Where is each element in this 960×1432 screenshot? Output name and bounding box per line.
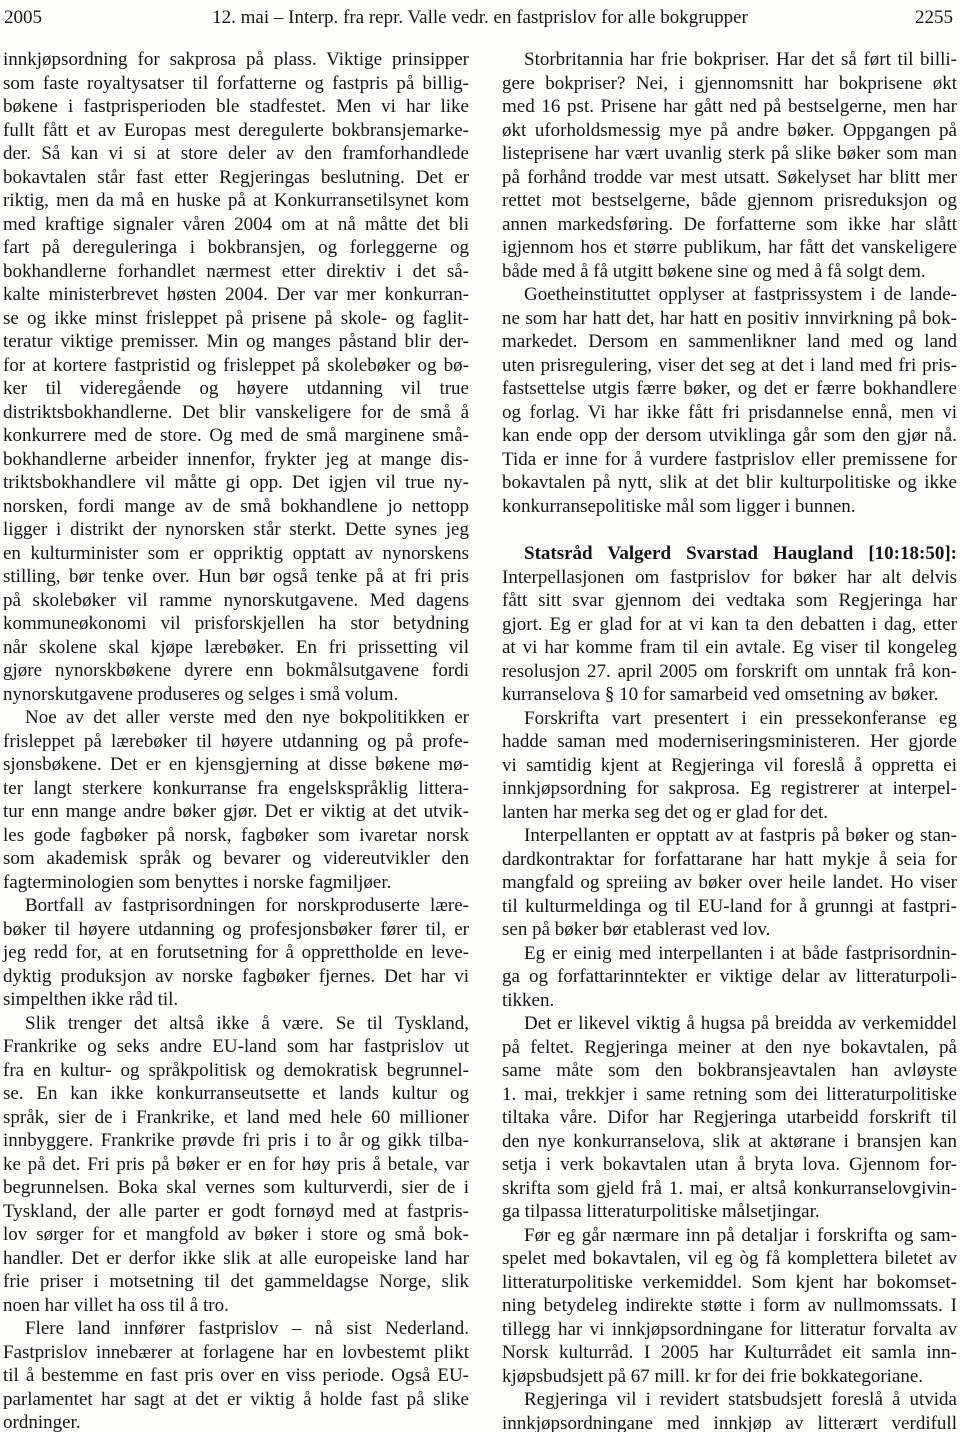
text-line: Det er likevel viktig å hugsa på breidda… <box>502 1012 957 1036</box>
text-line: les gode fagbøker på norsk, fagbøker som… <box>3 824 469 848</box>
text-line: tiltaka våre. Difor har Regjeringa utarb… <box>502 1106 957 1130</box>
text-line: gjort. Eg er glad for at vi kan ta den d… <box>502 613 957 637</box>
text-line: same måte som den bokbransjeavtalen han … <box>502 1059 957 1083</box>
text-line: vi samtidig kjent at Regjeringa vil fore… <box>502 754 957 778</box>
paragraph: Regjeringa vil i revidert statsbudsjett … <box>502 1388 957 1432</box>
text-line: Bortfall av fastprisordningen for norskp… <box>3 894 469 918</box>
document-page: 2005 12. mai – Interp. fra repr. Valle v… <box>0 0 960 1432</box>
text-line: ga tilpassa litteraturpolitiske målsetji… <box>502 1200 957 1224</box>
text-line: igjennom hos et større publikum, har fåt… <box>502 236 957 260</box>
text-line: markedet. Dersom en sammenlikner land me… <box>502 330 957 354</box>
text-line: bøker til høyere utdanning og profesjons… <box>3 918 469 942</box>
text-line: når skolene skal kjøpe lærebøker. En fri… <box>3 636 469 660</box>
text-line: ordninger. <box>3 1411 469 1432</box>
text-line: simpelthen ikke råd til. <box>3 988 469 1012</box>
text-line: Interpellanten er opptatt av at fastpris… <box>502 824 957 848</box>
text-line: økt uforholdsmessig mye på andre bøker. … <box>502 119 957 143</box>
column-right: Storbritannia har frie bokpriser. Har de… <box>502 48 957 1432</box>
text-line: skrifta som gjeld frå 1. mai, er altså k… <box>502 1177 957 1201</box>
text-line: uten prisregulering, viser det seg at de… <box>502 354 957 378</box>
speaker-heading-line: Statsråd Valgerd Svarstad Haugland [10:1… <box>502 542 957 566</box>
text-line: riktig, men da må en huske på at Konkurr… <box>3 189 469 213</box>
text-line: distriktsbokhandlerne. Det blir vanskeli… <box>3 401 469 425</box>
text-line: ning betydeleg indirekte støtte i form a… <box>502 1294 957 1318</box>
text-line: Frankrike og seks andre EU-land som har … <box>3 1035 469 1059</box>
text-line: kan ende opp der dersom utviklinga går s… <box>502 424 957 448</box>
text-line: bokhandlerne arbeider innenfor, frykter … <box>3 448 469 472</box>
header-title: 12. mai – Interp. fra repr. Valle vedr. … <box>0 7 960 29</box>
paragraph: Slik trenger det altså ikke å være. Se t… <box>3 1012 469 1318</box>
text-line: ga og forfattarinntekter er viktige dela… <box>502 965 957 989</box>
paragraph: Interpellanten er opptatt av at fastpris… <box>502 824 957 942</box>
text-line: Slik trenger det altså ikke å være. Se t… <box>3 1012 469 1036</box>
text-line: både med å få utgitt bøkene sine og med … <box>502 260 957 284</box>
paragraph: Forskrifta vart presentert i ein pressek… <box>502 707 957 825</box>
text-line: Storbritannia har frie bokpriser. Har de… <box>502 48 957 72</box>
paragraph: Før eg går nærmare inn på detaljar i for… <box>502 1224 957 1389</box>
text-line: konkurransepolitiske mål som ligger i bu… <box>502 495 957 519</box>
text-line: se og ikke minst frisleppet på prisene p… <box>3 307 469 331</box>
text-line: som akademisk språk og bevarer og videre… <box>3 847 469 871</box>
text-line: Før eg går nærmare inn på detaljar i for… <box>502 1224 957 1248</box>
speech-paragraph: Statsråd Valgerd Svarstad Haugland [10:1… <box>502 542 957 707</box>
text-line: innkjøpsordningane med innkjøp av litter… <box>502 1412 957 1432</box>
paragraph: Storbritannia har frie bokpriser. Har de… <box>502 48 957 283</box>
text-line: Noe av det aller verste med den nye bokp… <box>3 706 469 730</box>
text-line: Forskrifta vart presentert i ein pressek… <box>502 707 957 731</box>
text-line: gjøre nynorskbøkene dyrere enn bokmålsut… <box>3 659 469 683</box>
text-columns: innkjøpsordning for sakprosa på plass. V… <box>0 48 960 1432</box>
text-line: rettet mot bestselgerne, både gjennom pr… <box>502 189 957 213</box>
paragraph: Flere land innfører fastprislov – nå sis… <box>3 1317 469 1432</box>
text-line: ter langt sterkere konkurranse fra engel… <box>3 777 469 801</box>
text-line: med 16 pst. Prisene har gått ned på best… <box>502 95 957 119</box>
text-line: innkjøpsordning for sakprosa på plass. V… <box>3 48 469 72</box>
paragraph: Goetheinstituttet opplyser at fastprissy… <box>502 283 957 518</box>
text-line: Regjeringa vil i revidert statsbudsjett … <box>502 1388 957 1412</box>
text-line: fart på dereguleringa i bokbransjen, og … <box>3 236 469 260</box>
text-line: fullt fått et av Europas mest deregulert… <box>3 119 469 143</box>
text-line: bokavtalen på nytt, slik at det blir kul… <box>502 471 957 495</box>
text-line: bøkene i fastprisperioden ble stadfestet… <box>3 95 469 119</box>
text-line: Norsk kulturråd. I 2005 har Kulturrådet … <box>502 1341 957 1365</box>
text-line: annen markedsføring. De forfatterne som … <box>502 213 957 237</box>
text-line: for at kortere fastpristid og frisleppet… <box>3 354 469 378</box>
text-line: Tyskland, der alle parter er godt fornøy… <box>3 1200 469 1224</box>
text-line: ligger i distrikt der nynorsken står ste… <box>3 518 469 542</box>
text-line: fastsettelse utgis færre bøker, og det e… <box>502 377 957 401</box>
page-header: 2005 12. mai – Interp. fra repr. Valle v… <box>0 0 960 31</box>
text-line: på forhånd trodde var mest utsatt. Søkel… <box>502 166 957 190</box>
text-line: Goetheinstituttet opplyser at fastprissy… <box>502 283 957 307</box>
text-line: 1. mai, trekkjer i same retning som dei … <box>502 1083 957 1107</box>
text-line: dyktig produksjon av norske fagbøker fje… <box>3 965 469 989</box>
text-line: språk, sier de i Frankrike, et land med … <box>3 1106 469 1130</box>
text-line: den nye konkurranselova, slik at aktøran… <box>502 1130 957 1154</box>
text-line: til å bestemme en fast pris over en viss… <box>3 1364 469 1388</box>
text-line: konkurrere med de store. Og med de små m… <box>3 424 469 448</box>
text-line: dardkontraktar for forfattarane har hatt… <box>502 848 957 872</box>
text-line: fått sitt svar gjennom dei vedtaka som R… <box>502 589 957 613</box>
paragraph: Bortfall av fastprisordningen for norskp… <box>3 894 469 1012</box>
text-line: litteraturpolitiske verkemiddel. Som kje… <box>502 1271 957 1295</box>
text-line: Tida er inne for å vurdere fastprislov e… <box>502 448 957 472</box>
text-line: bokhandlerne forhandlet nærmest etter di… <box>3 260 469 284</box>
text-line: listeprisene har vært uvanlig sterk på s… <box>502 142 957 166</box>
text-line: med kraftige signaler våren 2004 om at n… <box>3 213 469 237</box>
text-line: Fastprislov innebærer at forlagene har e… <box>3 1341 469 1365</box>
text-line: handler. Det er derfor ikke slik at alle… <box>3 1247 469 1271</box>
text-line: at vi har komme fram til ein avtale. Eg … <box>502 636 957 660</box>
text-line: lov sørger for et mangfold av bøker i st… <box>3 1223 469 1247</box>
text-line: setja i verk bokavtalen utan å bryta lov… <box>502 1153 957 1177</box>
text-line: sen på bøker bør etablerast ved lov. <box>502 918 957 942</box>
text-line: ne som har hatt det, har hatt en positiv… <box>502 307 957 331</box>
paragraph: Det er likevel viktig å hugsa på breidda… <box>502 1012 957 1224</box>
text-line: en kulturminister som er oppriktig oppta… <box>3 542 469 566</box>
text-line: innkjøpsordning for sakprosa. Eg registr… <box>502 777 957 801</box>
text-line: Interpellasjonen om fastprislov for bøke… <box>502 566 957 590</box>
text-line: tur enn mange andre bøker gjør. Det er v… <box>3 800 469 824</box>
text-line: parlamentet har sagt at det er viktig å … <box>3 1388 469 1412</box>
text-line: teratur viktige premisser. Min og manges… <box>3 330 469 354</box>
text-line: kurranselova § 10 for samarbeid ved omse… <box>502 683 957 707</box>
text-line: bokavtalen står fast etter Regjeringas b… <box>3 166 469 190</box>
header-year: 2005 <box>4 7 42 29</box>
text-line: og forlag. Vi har ikke fått fri prisdann… <box>502 401 957 425</box>
text-line: begrunnelsen. Boka skal vernes som kultu… <box>3 1176 469 1200</box>
text-line: innbyggere. Frankrike prøvde fri pris i … <box>3 1129 469 1153</box>
header-page-number: 2255 <box>915 7 953 29</box>
text-line: hadde saman med moderniseringsministeren… <box>502 730 957 754</box>
text-line: mangfald og spreiing av bøker over heile… <box>502 871 957 895</box>
text-line: nynorskutgavene produseres og selges i s… <box>3 683 469 707</box>
column-left: innkjøpsordning for sakprosa på plass. V… <box>3 48 469 1432</box>
text-line: jeg redd for, at en forutsetning for å o… <box>3 941 469 965</box>
paragraph: innkjøpsordning for sakprosa på plass. V… <box>3 48 469 706</box>
text-line: kjøpsbudsjett på 67 mill. kr for dei fri… <box>502 1365 957 1389</box>
text-line: fagterminologien som benyttes i norske f… <box>3 871 469 895</box>
text-line: gere bokpriser? Nei, i gjennomsnitt har … <box>502 72 957 96</box>
text-line: frie priser i motsetning til det gammeld… <box>3 1270 469 1294</box>
text-line: tikken. <box>502 989 957 1013</box>
text-line: på skolebøker vil ramme nynorskutgavene.… <box>3 589 469 613</box>
text-line: Flere land innfører fastprislov – nå sis… <box>3 1317 469 1341</box>
paragraph: Noe av det aller verste med den nye bokp… <box>3 706 469 894</box>
text-line: stilling, bør tenke over. Hun bør også t… <box>3 565 469 589</box>
text-line: Eg er einig med interpellanten i at både… <box>502 942 957 966</box>
paragraph: Eg er einig med interpellanten i at både… <box>502 942 957 1013</box>
text-line: resolusjon 27. april 2005 om forskrift o… <box>502 660 957 684</box>
text-line: spelet med bokavtalen, vil eg òg få komp… <box>502 1247 957 1271</box>
text-line: triktsbokhandlere vil måtte gi opp. Det … <box>3 471 469 495</box>
text-line: norsken, fordi mange av de små bokhandle… <box>3 495 469 519</box>
text-line: kalte ministerbrevet høsten 2004. Der va… <box>3 283 469 307</box>
text-line: der. Så kan vi si at store deler av den … <box>3 142 469 166</box>
text-line: sjonsbøkene. Det er en kjensgjerning at … <box>3 753 469 777</box>
text-line: fra en kultur- og språkpolitisk og demok… <box>3 1059 469 1083</box>
text-line: som faste royaltysatser til forfatterne … <box>3 72 469 96</box>
text-line: tillegg har vi innkjøpsordningane for li… <box>502 1318 957 1342</box>
text-line: lanten har merka seg det og er glad for … <box>502 801 957 825</box>
text-line: på feltet. Regjeringa meiner at den nye … <box>502 1036 957 1060</box>
text-line: noen har villet ha oss til å tro. <box>3 1294 469 1318</box>
text-line: til kulturmeldinga og til EU-land for å … <box>502 895 957 919</box>
text-line: ke på det. Fri pris på bøker er en for h… <box>3 1153 469 1177</box>
text-line: frisleppet på lærebøker til høyere utdan… <box>3 730 469 754</box>
text-line: ker til videregående og høyere utdanning… <box>3 377 469 401</box>
text-line: kommuneøkonomi vil prisforskjellen ha st… <box>3 612 469 636</box>
text-line: se. En kan ikke konkurranseutsette et la… <box>3 1082 469 1106</box>
